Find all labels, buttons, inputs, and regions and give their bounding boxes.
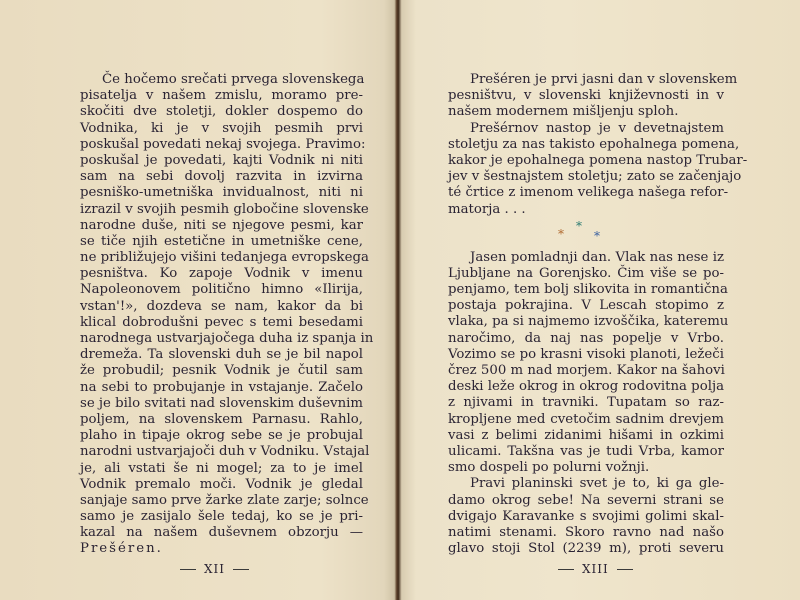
text-line: narodni ustvarjajoči duh v Vodniku. Vsta…: [80, 444, 363, 460]
text-line: vstan'!», dozdeva se nam, kakor da bi: [80, 299, 363, 315]
text-line: pesništvu, v slovenski književnosti in v: [448, 88, 724, 104]
text-line: Jasen pomladnji dan. Vlak nas nese iz: [448, 250, 724, 266]
text-line: izrazil v svojih pesmih globočine sloven…: [80, 202, 363, 218]
text-line: Vodnik premalo moči. Vodnik je gledal: [80, 477, 363, 493]
text-line: sam na sebi dovolj razvita in izvirna: [80, 169, 363, 185]
text-line: našem modernem mišljenju sploh.: [448, 104, 724, 120]
text-line: poskušal povedati nekaj svojega. Pravimo…: [80, 137, 363, 153]
text-line: pisatelja v našem zmislu, moramo pre-: [80, 88, 363, 104]
text-line: Vodnika, ki je v svojih pesmih prvi: [80, 121, 363, 137]
asterisk-ornament: *: [576, 218, 582, 234]
text-line: sanjaje samo prve žarke zlate zarje; sol…: [80, 493, 363, 509]
text-line: že probudil; pesnik Vodnik je čutil sam: [80, 363, 363, 379]
left-page-text: Če hočemo srečati prvega slovenskega pis…: [80, 72, 363, 558]
text-line: se tiče njih estetične in umetniške cene…: [80, 234, 363, 250]
book-spread: Če hočemo srečati prvega slovenskega pis…: [0, 0, 800, 600]
text-line: Pravi planinski svet je to, ki ga gle-: [448, 476, 724, 492]
text-line: glavo stoji Stol (2239 m), proti severu: [448, 541, 724, 557]
text-line: pesniško-umetniška invidualnost, niti ni: [80, 185, 363, 201]
dash-ornament: [180, 569, 196, 570]
text-line: poskušal je povedati, kajti Vodnik ni ni…: [80, 153, 363, 169]
text-line: črez 500 m nad morjem. Kakor na šahovi: [448, 363, 724, 379]
text-line: Prešéren je prvi jasni dan v slovenskem: [448, 72, 724, 88]
text-line: kazal na našem duševnem obzorju —: [80, 525, 363, 541]
text-line: pesništva. Ko zapoje Vodnik v imenu: [80, 266, 363, 282]
text-line: dvigajo Karavanke s svojimi golimi skal-: [448, 509, 724, 525]
text-line: té črtice z imenom velikega našega refor…: [448, 185, 724, 201]
right-page: Prešéren je prvi jasni dan v slovenskem …: [402, 0, 800, 600]
dash-ornament: [558, 569, 574, 570]
text-line: ne približujejo višini tedanjega evropsk…: [80, 250, 363, 266]
text-line: ulicami. Takšna vas je tudi Vrba, kamor: [448, 444, 724, 460]
text-line: matorja . . .: [448, 202, 724, 218]
text-line: klical dobrodušni pevec s temi besedami: [80, 315, 363, 331]
text-line: Če hočemo srečati prvega slovenskega: [80, 72, 363, 88]
asterisk-ornament: *: [558, 226, 564, 242]
dash-ornament: [617, 569, 633, 570]
text-line: vlaka, pa si najmemo izvoščika, kateremu: [448, 314, 724, 330]
text-line: Prešéren.: [80, 541, 363, 557]
dash-ornament: [233, 569, 249, 570]
page-number: XII: [172, 562, 257, 576]
text-line: smo dospeli po polurni vožnji.: [448, 460, 724, 476]
text-line: skočiti dve stoletji, dokler dospemo do: [80, 104, 363, 120]
text-line: stoletju za nas takisto epohalnega pomen…: [448, 137, 724, 153]
text-line: Ljubljane na Gorenjsko. Čim više se po-: [448, 266, 724, 282]
text-line: kakor je epohalnega pomena nastop Trubar…: [448, 153, 724, 169]
text-line: jev v šestnajstem stoletju; zato se zače…: [448, 169, 724, 185]
text-line: damo okrog sebe! Na severni strani se: [448, 493, 724, 509]
text-line: samo je zasijalo šele tedaj, ko se je pr…: [80, 509, 363, 525]
text-line: dremeža. Ta slovenski duh se je bil napo…: [80, 347, 363, 363]
text-line: vasi z belimi zidanimi hišami in ozkimi: [448, 428, 724, 444]
text-line: z njivami in travniki. Tupatam so raz-: [448, 395, 724, 411]
page-number: XIII: [550, 562, 641, 576]
text-line: Vozimo se po krasni visoki planoti, leže…: [448, 347, 724, 363]
section-separator: * * *: [448, 218, 724, 250]
text-line: na sebi to probujanje in vstajanje. Zače…: [80, 380, 363, 396]
page-number-label: XII: [204, 562, 225, 576]
text-line: Prešérnov nastop je v devetnajstem: [448, 121, 724, 137]
text-line: narodne duše, niti se njegove pesmi, kar: [80, 218, 363, 234]
text-line: deski leže okrog in okrog rodovitna polj…: [448, 379, 724, 395]
right-page-text: Prešéren je prvi jasni dan v slovenskem …: [448, 72, 724, 557]
text-line: postaja pokrajina. V Lescah stopimo z: [448, 298, 724, 314]
text-line: je, ali vstati še ni mogel; za to je ime…: [80, 461, 363, 477]
text-line: narodnega ustvarjajočega duha iz spanja …: [80, 331, 363, 347]
left-page: Če hočemo srečati prvega slovenskega pis…: [0, 0, 398, 600]
text-line: Napoleonovem politično himno «Ilirija,: [80, 282, 363, 298]
text-line: se je bilo svitati nad slovenskim duševn…: [80, 396, 363, 412]
text-line: naročimo, da naj nas popelje v Vrbo.: [448, 331, 724, 347]
text-line: poljem, na slovenskem Parnasu. Rahlo,: [80, 412, 363, 428]
text-line: penjamo, tem bolj slikovita in romantičn…: [448, 282, 724, 298]
page-number-label: XIII: [582, 562, 609, 576]
text-line: kropljene med cvetočim sadnim drevjem: [448, 412, 724, 428]
text-line: plaho in tipaje okrog sebe se je probuja…: [80, 428, 363, 444]
asterisk-ornament: *: [594, 228, 600, 244]
text-line: natimi stenami. Skoro ravno nad našo: [448, 525, 724, 541]
